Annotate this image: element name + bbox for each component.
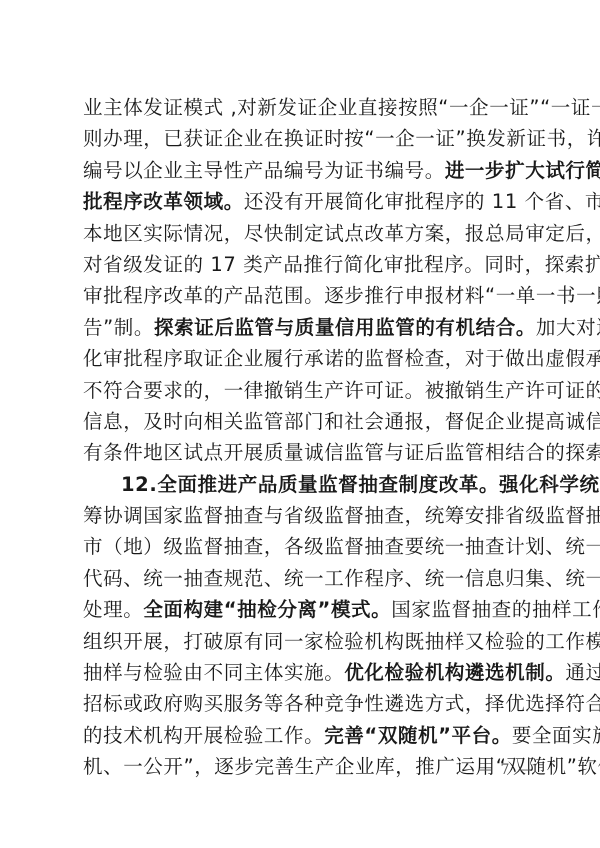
text-line: 抽样与检验由不同主体实施。优化检验机构遴选机制。通过公开 [83, 657, 521, 688]
bold-heading-text: 批程序改革领域。 [83, 190, 244, 213]
body-text: 有条件地区试点开展质量诚信监管与证后监管相结合的探索。 [83, 441, 600, 464]
body-text: 还没有开展简化审批程序的 11 个省、市要根据 [244, 190, 600, 213]
text-line: 告”制。探索证后监管与质量信用监管的有机结合。加大对通过简 [83, 312, 521, 343]
bold-heading-text: 12.全面推进产品质量监督抽查制度改革。强化科学统筹。 [121, 473, 600, 496]
bold-heading-text: 全面构建“抽检分离”模式。 [143, 598, 391, 621]
body-text: 的技术机构开展检验工作。 [83, 724, 324, 747]
body-text: 加大对通过简 [536, 316, 600, 339]
body-text: 不符合要求的，一律撤销生产许可证。被撤销生产许可证的企业 [83, 379, 600, 402]
text-line: 市（地）级监督抽查，各级监督抽查要统一抽查计划、统一产品 [83, 531, 521, 562]
text-line: 信息，及时向相关监管部门和社会通报，督促企业提高诚信水平。 [83, 406, 521, 437]
text-line: 有条件地区试点开展质量诚信监管与证后监管相结合的探索。 [83, 437, 521, 468]
body-text: 告”制。 [83, 316, 154, 339]
body-text: 业主体发证模式 ,对新发证企业直接按照“一企一证”“一证一号”的原 [83, 96, 600, 119]
text-line: 业主体发证模式 ,对新发证企业直接按照“一企一证”“一证一号”的原 [83, 92, 521, 123]
bold-heading-text: 探索证后监管与质量信用监管的有机结合。 [154, 316, 536, 339]
body-text: 审批程序改革的产品范围。逐步推行申报材料“一单一书一照一报 [83, 284, 600, 307]
text-line: 编号以企业主导性产品编号为证书编号。进一步扩大试行简化审 [83, 155, 521, 186]
text-line: 审批程序改革的产品范围。逐步推行申报材料“一单一书一照一报 [83, 280, 521, 311]
body-text: 化审批程序取证企业履行承诺的监督检查，对于做出虚假承诺的、 [83, 347, 600, 370]
text-line: 12.全面推进产品质量监督抽查制度改革。强化科学统筹。统 [83, 469, 521, 500]
body-text: 信息，及时向相关监管部门和社会通报，督促企业提高诚信水平。 [83, 410, 600, 433]
text-line: 批程序改革领域。还没有开展简化审批程序的 11 个省、市要根据 [83, 186, 521, 217]
body-text: 抽样与检验由不同主体实施。 [83, 661, 344, 684]
body-text: 则办理，已获证企业在换证时按“一企一证”换发新证书，许可证书 [83, 127, 600, 150]
text-line: 招标或政府购买服务等各种竞争性遴选方式，择优选择符合条件 [83, 688, 521, 719]
body-text: 要全面实施“双随 [512, 724, 600, 747]
body-text: 国家监督抽查的抽样工作由省局 [391, 598, 600, 621]
text-line: 的技术机构开展检验工作。完善“双随机”平台。要全面实施“双随 [83, 720, 521, 751]
body-text: 组织开展，打破原有同一家检验机构既抽样又检验的工作模式， [83, 630, 600, 653]
body-text: 通过公开 [565, 661, 600, 684]
page-number: — 7 — [478, 762, 534, 778]
text-line: 对省级发证的 17 类产品推行简化审批程序。同时，探索扩大简化 [83, 249, 521, 280]
body-text: 编号以企业主导性产品编号为证书编号。 [83, 159, 445, 182]
text-line: 处理。全面构建“抽检分离”模式。国家监督抽查的抽样工作由省局 [83, 594, 521, 625]
body-text: 筹协调国家监督抽查与省级监督抽查，统筹安排省级监督抽查与 [83, 504, 600, 527]
body-text: 对省级发证的 17 类产品推行简化审批程序。同时，探索扩大简化 [83, 253, 600, 276]
text-line: 本地区实际情况，尽快制定试点改革方案，报总局审定后，逐步 [83, 218, 521, 249]
bold-heading-text: 进一步扩大试行简化审 [445, 159, 600, 182]
body-text: 本地区实际情况，尽快制定试点改革方案，报总局审定后，逐步 [83, 222, 600, 245]
body-text: 处理。 [83, 598, 143, 621]
bold-heading-text: 优化检验机构遴选机制。 [344, 661, 565, 684]
bold-heading-text: 完善“双随机”平台。 [324, 724, 512, 747]
body-text: 市（地）级监督抽查，各级监督抽查要统一抽查计划、统一产品 [83, 535, 600, 558]
text-line: 不符合要求的，一律撤销生产许可证。被撤销生产许可证的企业 [83, 375, 521, 406]
text-line: 机、一公开”，逐步完善生产企业库，推广运用“双随机”软件，科学 [83, 751, 521, 782]
text-line: 化审批程序取证企业履行承诺的监督检查，对于做出虚假承诺的、 [83, 343, 521, 374]
body-text: 招标或政府购买服务等各种竞争性遴选方式，择优选择符合条件 [83, 692, 600, 715]
text-line: 则办理，已获证企业在换证时按“一企一证”换发新证书，许可证书 [83, 123, 521, 154]
text-line: 代码、统一抽查规范、统一工作程序、统一信息归集、统一结果 [83, 563, 521, 594]
document-page: 业主体发证模式 ,对新发证企业直接按照“一企一证”“一证一号”的原则办理，已获证… [0, 0, 600, 848]
text-line: 筹协调国家监督抽查与省级监督抽查，统筹安排省级监督抽查与 [83, 500, 521, 531]
text-line: 组织开展，打破原有同一家检验机构既抽样又检验的工作模式， [83, 626, 521, 657]
body-text: 代码、统一抽查规范、统一工作程序、统一信息归集、统一结果 [83, 567, 600, 590]
document-body: 业主体发证模式 ,对新发证企业直接按照“一企一证”“一证一号”的原则办理，已获证… [83, 92, 523, 783]
